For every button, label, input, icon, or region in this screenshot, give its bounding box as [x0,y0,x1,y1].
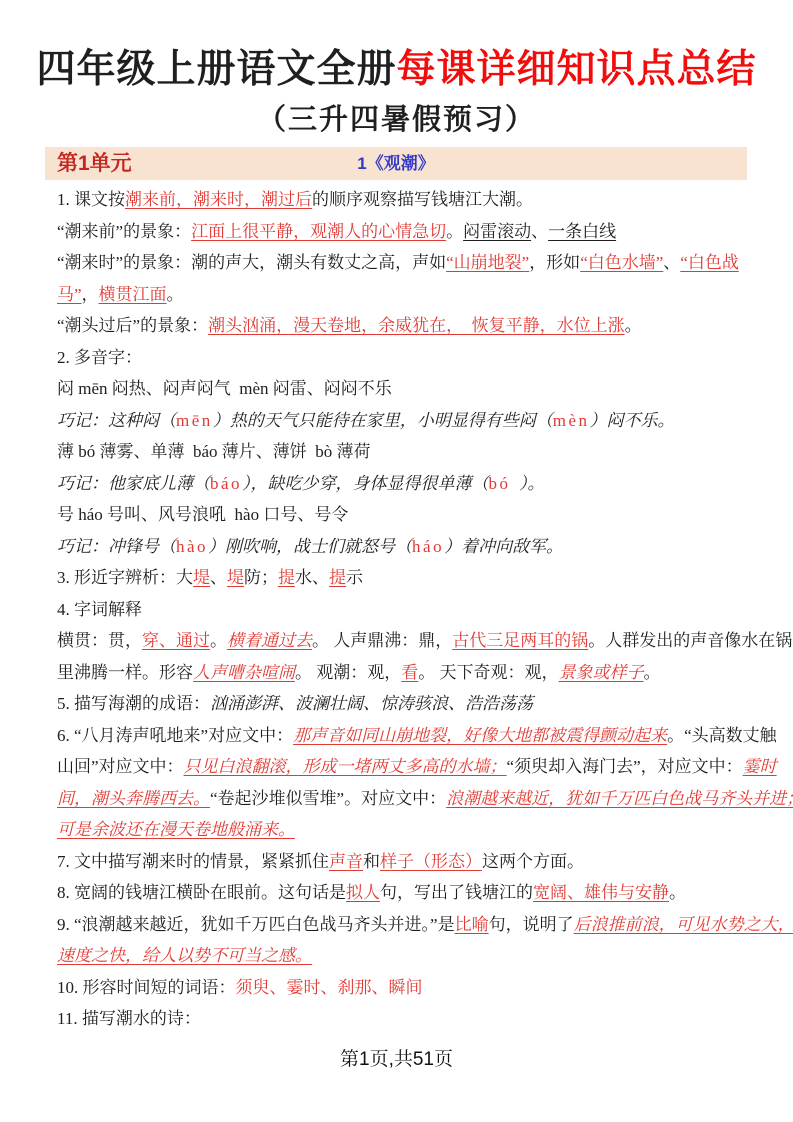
text-line: 1. 课文按潮来前，潮来时，潮过后的顺序观察描写钱塘江大潮。 [57,184,747,216]
text-line: 6. “八月涛声吼地来”对应文中：那声音如同山崩地裂，好像大地都被震得颤动起来。… [57,720,747,752]
text-line: 巧记：冲锋号（hào）刚吹响，战士们就怒号（háo）着冲向敌军。 [57,531,747,563]
text-line: 山回”对应文中：只见白浪翻滚，形成一堵两丈多高的水墙；“须臾却入海门去”，对应文… [57,751,747,783]
text-line: 8. 宽阔的钱塘江横卧在眼前。这句话是拟人句，写出了钱塘江的宽阔、雄伟与安静。 [57,877,747,909]
document-page: 四年级上册语文全册每课详细知识点总结 （三升四暑假预习） 第1单元 1《观潮》 … [0,0,793,1122]
text-line: 4. 字词解释 [57,594,747,626]
text-line: 11. 描写潮水的诗： [57,1003,747,1035]
text-line: “潮头过后”的景象：潮头汹涌，漫天卷地，余威犹在， 恢复平静，水位上涨。 [57,310,747,342]
text-line: 10. 形容时间短的词语：须臾、霎时、刹那、瞬间 [57,972,747,1004]
text-line: 可是余波还在漫天卷地般涌来。 [57,814,747,846]
text-line: 里沸腾一样。形容人声嘈杂喧闹。 观潮：观，看。 天下奇观：观，景象或样子。 [57,657,747,689]
document-header: 四年级上册语文全册每课详细知识点总结 （三升四暑假预习） [0,46,793,138]
page-title-red-part: 每课详细知识点总结 [397,48,757,91]
text-line: 薄 bó 薄雾、单薄 báo 薄片、薄饼 bò 薄荷 [57,436,747,468]
text-line: 号 háo 号叫、风号浪吼 hào 口号、号令 [57,499,747,531]
page-footer: 第1页,共51页 [0,1044,793,1071]
text-line: 横贯：贯，穿、通过。横着通过去。 人声鼎沸：鼎，古代三足两耳的锅。人群发出的声音… [57,625,747,657]
lesson-title: 1《观潮》 [45,147,747,180]
page-subtitle: （三升四暑假预习） [0,97,793,138]
text-line: 巧记：他家底儿薄（báo），缺吃少穿，身体显得很单薄（bó ）。 [57,468,747,500]
text-line: 7. 文中描写潮来时的情景，紧紧抓住声音和样子（形态）这两个方面。 [57,846,747,878]
text-line: 闷 mēn 闷热、闷声闷气 mèn 闷雷、闷闷不乐 [57,373,747,405]
page-title-black-part: 四年级上册语文全册 [36,48,396,91]
text-line: 间，潮头奔腾西去。“卷起沙堆似雪堆”。对应文中：浪潮越来越近，犹如千万匹白色战马… [57,783,747,815]
text-line: 巧记：这种闷（mēn）热的天气只能待在家里，小明显得有些闷（mèn）闷不乐。 [57,405,747,437]
text-line: “潮来前”的景象：江面上很平静，观潮人的心情急切。闷雷滚动、一条白线 [57,216,747,248]
text-line: 马”，横贯江面。 [57,279,747,311]
text-line: 5. 描写海潮的成语：汹涌澎湃、波澜壮阔、惊涛骇浪、浩浩荡荡 [57,688,747,720]
text-line: 9. “浪潮越来越近，犹如千万匹白色战马齐头并进。”是比喻句，说明了后浪推前浪，… [57,909,747,941]
text-line: 3. 形近字辨析：大堤、堤防；提水、提示 [57,562,747,594]
text-line: 速度之快，给人以势不可当之感。 [57,940,747,972]
text-line: “潮来时”的景象：潮的声大，潮头有数丈之高，声如“山崩地裂”，形如“白色水墙”、… [57,247,747,279]
section-header-bar: 第1单元 1《观潮》 [45,147,747,180]
document-body: 1. 课文按潮来前，潮来时，潮过后的顺序观察描写钱塘江大潮。“潮来前”的景象：江… [57,184,747,1035]
page-title: 四年级上册语文全册每课详细知识点总结 [0,46,793,95]
text-line: 2. 多音字： [57,342,747,374]
